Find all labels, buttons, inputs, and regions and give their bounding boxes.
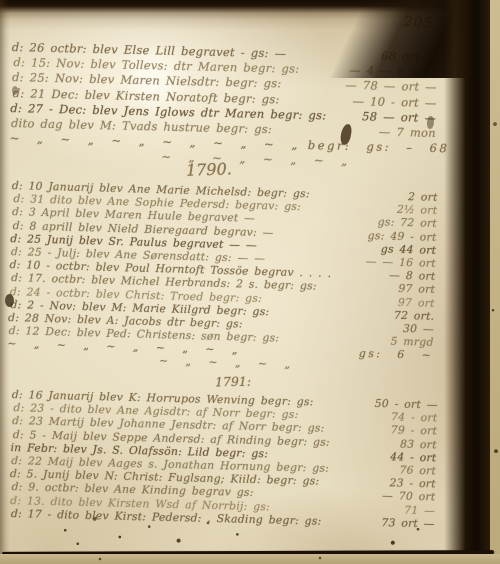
right-page-edge-strip [490,0,500,564]
entry-amount: 58 — ort — [362,109,436,125]
entry-amount: 2 ort [408,190,438,204]
entry-amount: 76 ort [399,463,436,477]
entry-amount: — 8 ort [389,269,436,283]
register-section-1790: d: 10 Januarij blev Ane Marie Michelsd: … [7,179,438,375]
entry-amount: 72 ort. [394,308,435,322]
register-section-1791: d: 16 Januarij blev K: Horrupos Wenving … [9,388,438,530]
entry-amount: — 10 - ort — [352,94,436,110]
entry-amount: 74 - ort [391,410,438,424]
right-binding-shadow [444,0,491,551]
entry-amount: 97 ort [398,295,435,309]
entry-amount: — 78 — ort — [345,78,437,94]
entry-amount: 79 - ort [391,424,438,438]
left-page-edge [0,0,10,564]
year-heading-1791: 1791: [215,374,251,390]
entry-amount: 2½ ort [397,203,438,217]
entry-amount: 83 ort [400,437,437,451]
entry-amount: 71 — [404,503,435,517]
entry-amount: gs 44 ort [381,242,437,257]
bottom-table-band [0,554,500,564]
entry-amount: 44 - ort [390,450,437,464]
entry-amount: 23 - ort [389,476,436,490]
year-heading-1790: 1790. [186,159,232,180]
entry-amount: 5 mrgd [390,335,433,349]
entry-amount: 50 - ort — [375,397,438,412]
ink-blot [12,86,18,95]
entry-amount: 73 ort — [381,516,435,530]
entry-amount: 97 ort [398,282,435,296]
entry-amount: 30 — [403,322,434,336]
manuscript-photo: 205 – d: 26 octbr: blev Else Lill begrav… [0,0,500,564]
entry-amount: — 70 ort [382,489,436,503]
